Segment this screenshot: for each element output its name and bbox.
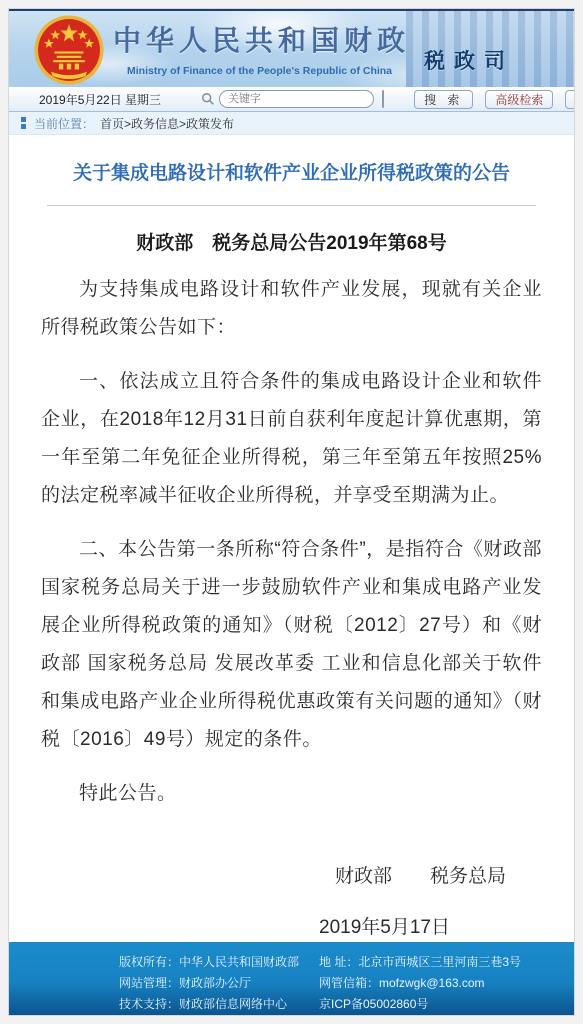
search-input[interactable] xyxy=(219,90,374,108)
breadcrumb-path[interactable]: 首页>政务信息>政策发布 xyxy=(100,115,234,132)
national-emblem-icon xyxy=(33,14,105,86)
signature-agencies: 财政部 税务总局 xyxy=(41,861,542,888)
footer-site-management: 网站管理：财政部办公厅 xyxy=(119,975,309,992)
title-divider xyxy=(47,205,536,206)
footer-right-column: 地 址：北京市西城区三里河南三巷3号 网管信箱：mofzwgk@163.com … xyxy=(319,954,521,1015)
article-body: 为支持集成电路设计和软件产业发展，现就有关企业所得税政策公告如下： 一、依法成立… xyxy=(41,271,542,813)
location-marker-icon xyxy=(21,117,26,129)
site-title: 中华人民共和国财政部 xyxy=(113,19,443,59)
breadcrumb: 当前位置： 首页>政务信息>政策发布 xyxy=(9,112,574,135)
search-button[interactable]: 搜 索 xyxy=(414,90,473,109)
advanced-search-button[interactable]: 高级检索 xyxy=(485,90,553,109)
footer-icp-number: 京ICP备05002860号 xyxy=(319,996,521,1013)
breadcrumb-label: 当前位置： xyxy=(34,115,94,132)
footer-address: 地 址：北京市西城区三里河南三巷3号 xyxy=(319,954,521,971)
search-scope-select[interactable]: 税政司 ▼ xyxy=(382,90,384,108)
paragraph: 一、依法成立且符合条件的集成电路设计企业和软件企业，在2018年12月31日前自… xyxy=(41,363,542,515)
site-footer: 版权所有：中华人民共和国财政部 网站管理：财政部办公厅 技术支持：财政部信息网络… xyxy=(9,942,574,1015)
document-number: 财政部 税务总局公告2019年第68号 xyxy=(41,228,542,255)
paragraph: 二、本公告第一条所称“符合条件”，是指符合《财政部 国家税务总局关于进一步鼓励软… xyxy=(41,531,542,759)
search-toolbar: 2019年5月22日 星期三 税政司 ▼ 搜 索 高级检索 返回主站 xyxy=(9,87,574,112)
page-container: 中华人民共和国财政部 Ministry of Finance of the Pe… xyxy=(8,8,575,1016)
site-header: 中华人民共和国财政部 Ministry of Finance of the Pe… xyxy=(9,9,574,87)
signature-date: 2019年5月17日 xyxy=(41,912,542,939)
search-scope-value: 税政司 xyxy=(383,91,384,107)
return-home-button[interactable]: 返回主站 xyxy=(565,90,575,109)
current-date: 2019年5月22日 星期三 xyxy=(39,91,161,108)
footer-webmaster-email: 网管信箱：mofzwgk@163.com xyxy=(319,975,521,992)
footer-left-column: 版权所有：中华人民共和国财政部 网站管理：财政部办公厅 技术支持：财政部信息网络… xyxy=(119,954,309,1015)
paragraph: 特此公告。 xyxy=(41,775,542,813)
footer-tech-support: 技术支持：财政部信息网络中心 xyxy=(119,996,309,1013)
paragraph: 为支持集成电路设计和软件产业发展，现就有关企业所得税政策公告如下： xyxy=(41,271,542,347)
footer-copyright: 版权所有：中华人民共和国财政部 xyxy=(119,954,309,971)
department-banner: 税政司 xyxy=(406,11,574,87)
search-icon xyxy=(201,92,215,106)
article-title: 关于集成电路设计和软件产业企业所得税政策的公告 xyxy=(41,161,542,187)
site-subtitle: Ministry of Finance of the People's Repu… xyxy=(127,65,443,77)
site-brand: 中华人民共和国财政部 Ministry of Finance of the Pe… xyxy=(113,19,443,77)
department-name: 税政司 xyxy=(406,45,514,87)
article-content: 关于集成电路设计和软件产业企业所得税政策的公告 财政部 税务总局公告2019年第… xyxy=(9,135,574,942)
